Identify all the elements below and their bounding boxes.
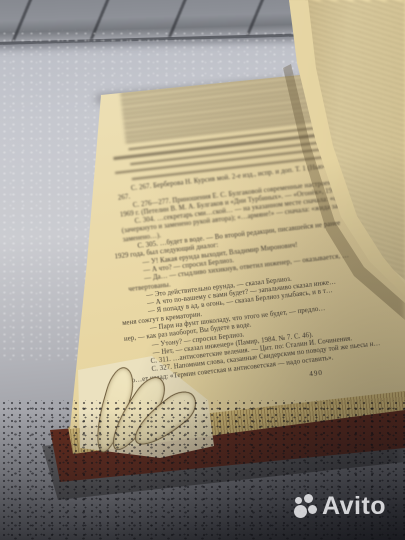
avito-watermark: Avito: [294, 494, 386, 519]
avito-logo-icon: [294, 494, 318, 519]
book-photo: С. 267. Берберова Н. Курсив мой. 2-е изд…: [0, 0, 405, 540]
photo-shadow-vignette: [0, 0, 405, 540]
avito-wordmark: Avito: [322, 494, 386, 519]
